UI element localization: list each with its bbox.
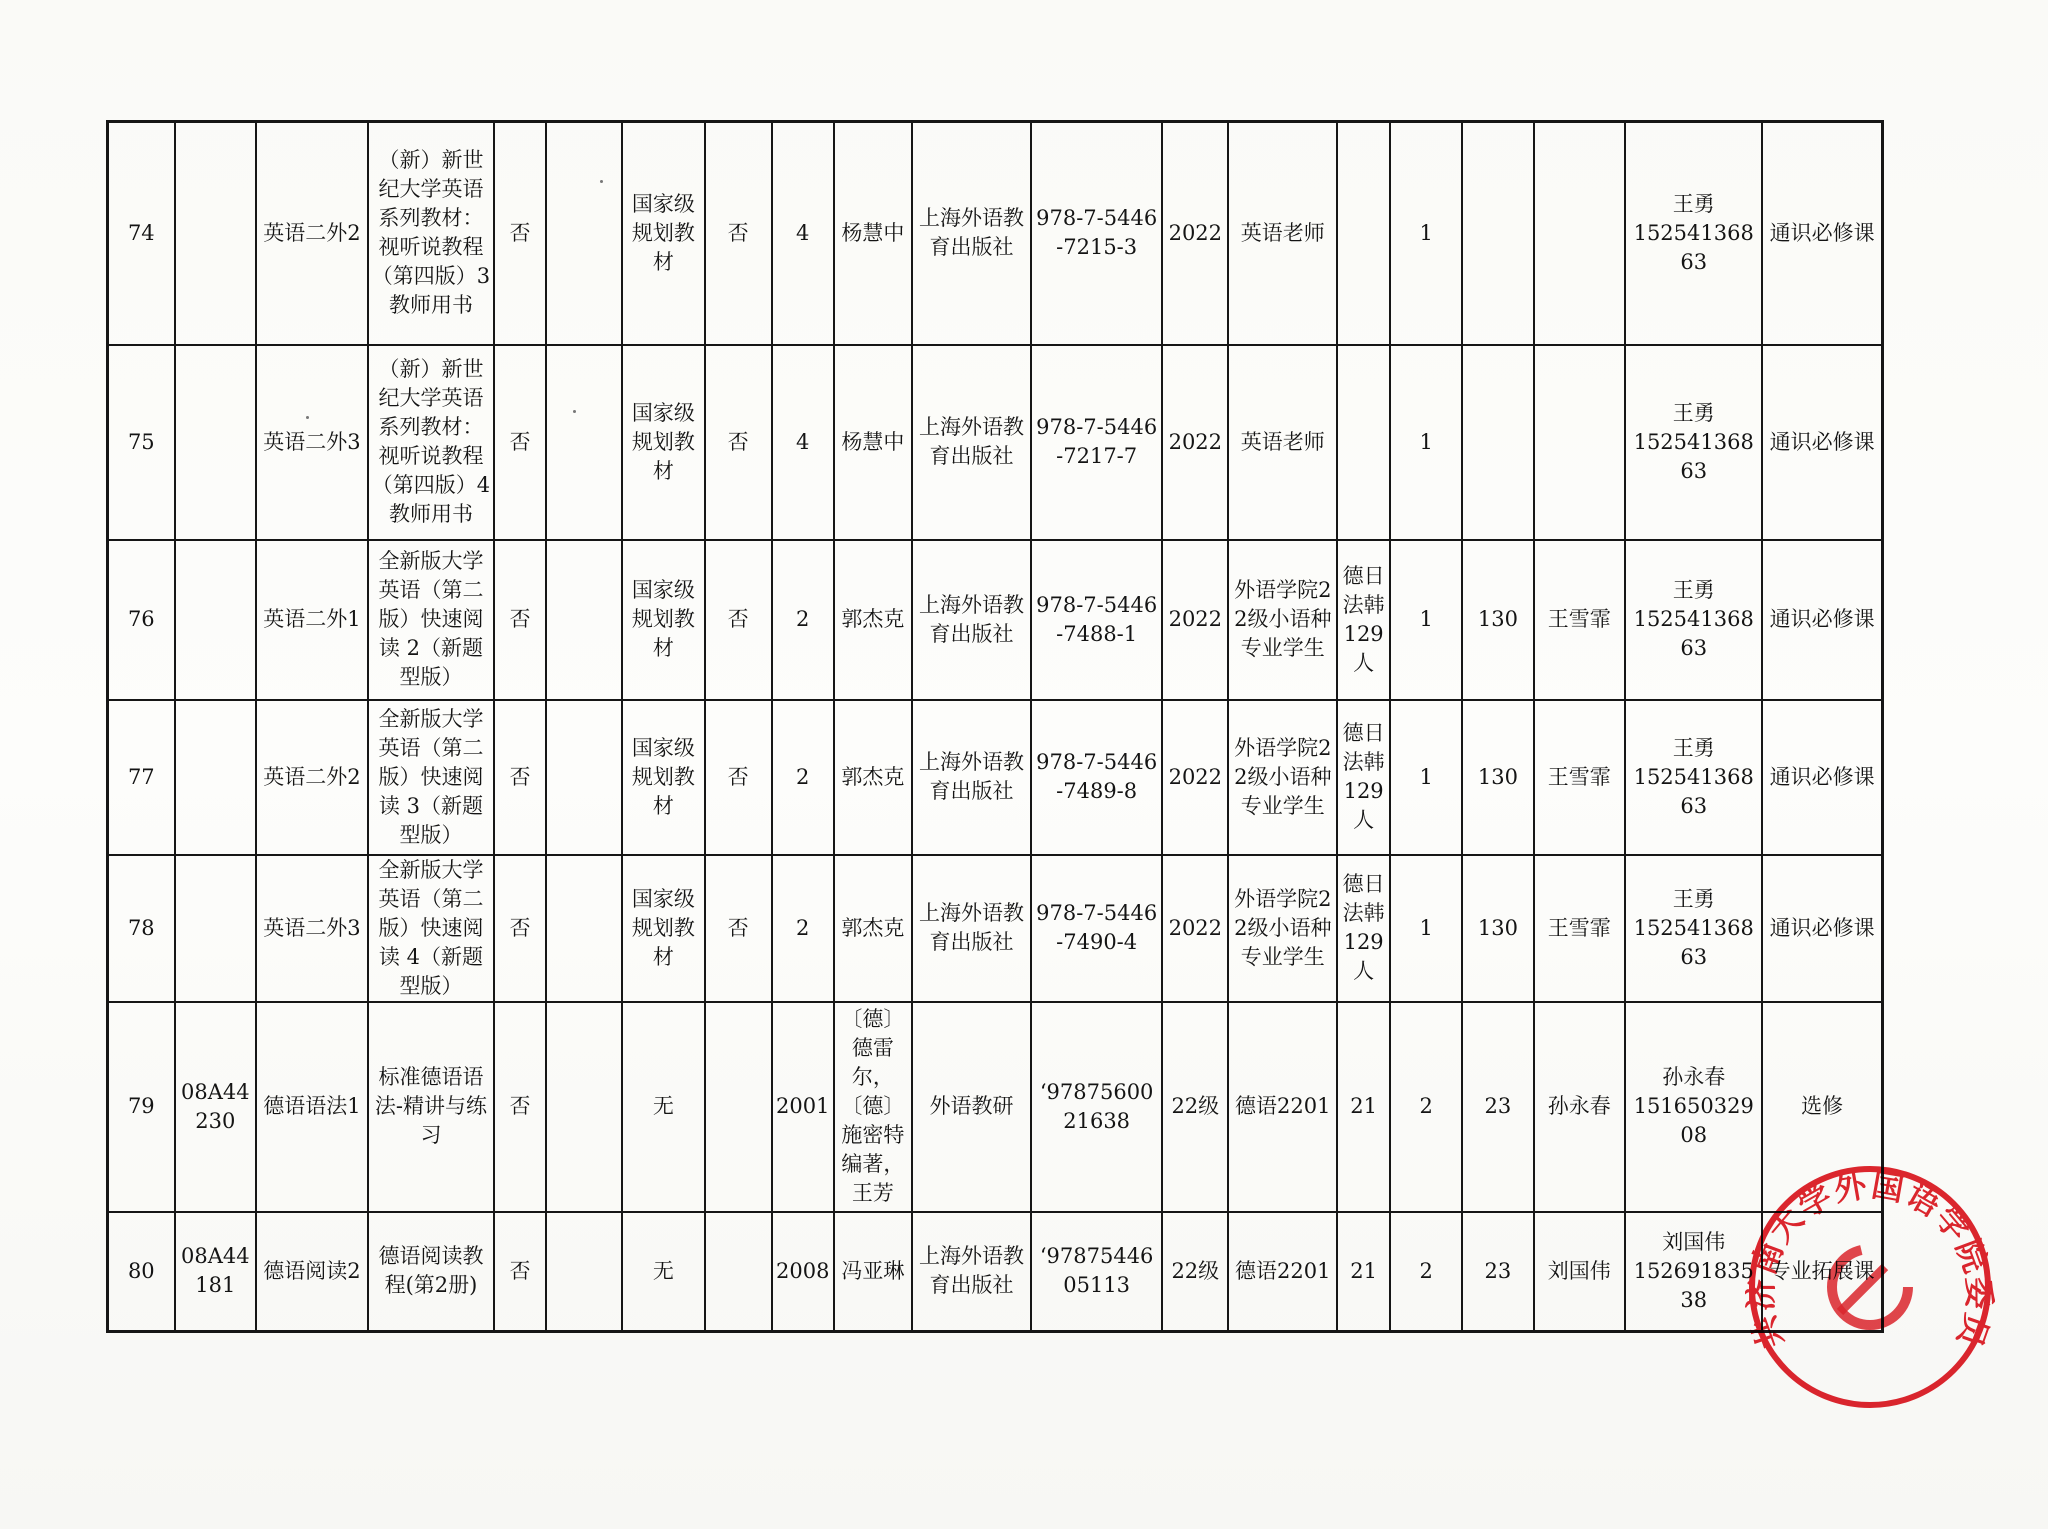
row-number-cell: 79 xyxy=(108,1002,175,1212)
contact-cell: 王勇 15254136863 xyxy=(1625,122,1762,345)
edition-cell: 2001 xyxy=(772,1002,834,1212)
course-name-cell: 德语语法1 xyxy=(256,1002,368,1212)
course-type-cell: 选修 xyxy=(1762,1002,1882,1212)
teacher-cell xyxy=(1534,345,1626,540)
textbook-level-cell: 无 xyxy=(622,1212,704,1332)
yes-no-cell: 否 xyxy=(705,700,772,855)
target-students-cell: 德语2201 xyxy=(1228,1212,1337,1332)
yes-no-cell: 否 xyxy=(494,1212,546,1332)
order-total-cell: 130 xyxy=(1462,540,1533,700)
textbook-title-cell: （新）新世纪大学英语系列教材：视听说教程（第四版）4 教师用书 xyxy=(368,345,494,540)
isbn-cell: ‘9787544605113 xyxy=(1031,1212,1162,1332)
textbook-level-cell: 国家级规划教材 xyxy=(622,700,704,855)
scan-speck xyxy=(573,410,576,413)
target-students-cell: 德语2201 xyxy=(1228,1002,1337,1212)
yes-no-cell: 否 xyxy=(494,345,546,540)
target-students-cell: 外语学院22级小语种专业学生 xyxy=(1228,700,1337,855)
row-number-cell: 80 xyxy=(108,1212,175,1332)
contact-cell: 王勇 15254136863 xyxy=(1625,855,1762,1002)
student-count-cell: 德日法韩129人 xyxy=(1337,540,1390,700)
row-number-cell: 74 xyxy=(108,122,175,345)
empty-cell xyxy=(546,540,622,700)
course-type-cell: 通识必修课 xyxy=(1762,345,1882,540)
yes-no-cell xyxy=(705,1212,772,1332)
isbn-cell: 978-7-5446-7217-7 xyxy=(1031,345,1162,540)
quantity-cell: 1 xyxy=(1390,122,1462,345)
scan-speck xyxy=(600,180,603,183)
edition-cell: 2008 xyxy=(772,1212,834,1332)
author-cell: 杨慧中 xyxy=(834,345,912,540)
publisher-cell: 上海外语教育出版社 xyxy=(912,855,1031,1002)
textbook-level-cell: 国家级规划教材 xyxy=(622,345,704,540)
empty-cell xyxy=(546,700,622,855)
textbook-title-cell: 德语阅读教程(第2册) xyxy=(368,1212,494,1332)
quantity-cell: 1 xyxy=(1390,855,1462,1002)
publisher-cell: 外语教研 xyxy=(912,1002,1031,1212)
teacher-cell: 刘国伟 xyxy=(1534,1212,1626,1332)
author-cell: 郭杰克 xyxy=(834,855,912,1002)
textbook-level-cell: 国家级规划教材 xyxy=(622,855,704,1002)
teacher-cell xyxy=(1534,122,1626,345)
year-cell: 2022 xyxy=(1162,540,1228,700)
year-cell: 2022 xyxy=(1162,855,1228,1002)
author-cell: 杨慧中 xyxy=(834,122,912,345)
textbook-title-cell: 全新版大学英语（第二版）快速阅读 2（新题型版） xyxy=(368,540,494,700)
student-count-cell: 德日法韩129人 xyxy=(1337,855,1390,1002)
yes-no-cell: 否 xyxy=(705,855,772,1002)
yes-no-cell: 否 xyxy=(494,700,546,855)
course-code-cell: 08A44181 xyxy=(175,1212,256,1332)
course-name-cell: 英语二外1 xyxy=(256,540,368,700)
contact-cell: 孙永春 15165032908 xyxy=(1625,1002,1762,1212)
publisher-cell: 上海外语教育出版社 xyxy=(912,700,1031,855)
empty-cell xyxy=(546,345,622,540)
student-count-cell: 21 xyxy=(1337,1212,1390,1332)
row-number-cell: 76 xyxy=(108,540,175,700)
year-cell: 2022 xyxy=(1162,345,1228,540)
student-count-cell: 德日法韩129人 xyxy=(1337,700,1390,855)
contact-cell: 刘国伟 15269183538 xyxy=(1625,1212,1762,1332)
textbook-title-cell: 全新版大学英语（第二版）快速阅读 4（新题型版） xyxy=(368,855,494,1002)
publisher-cell: 上海外语教育出版社 xyxy=(912,540,1031,700)
year-cell: 2022 xyxy=(1162,700,1228,855)
yes-no-cell xyxy=(705,1002,772,1212)
textbook-level-cell: 国家级规划教材 xyxy=(622,540,704,700)
course-name-cell: 英语二外2 xyxy=(256,122,368,345)
table-row: 7908A44230德语语法1标准德语语法-精讲与练习否无2001〔德〕德雷尔，… xyxy=(108,1002,1883,1212)
year-cell: 2022 xyxy=(1162,122,1228,345)
table-row: 8008A44181德语阅读2德语阅读教程(第2册)否无2008冯亚琳上海外语教… xyxy=(108,1212,1883,1332)
author-cell: 冯亚琳 xyxy=(834,1212,912,1332)
yes-no-cell: 否 xyxy=(705,540,772,700)
yes-no-cell: 否 xyxy=(494,1002,546,1212)
course-code-cell xyxy=(175,540,256,700)
order-total-cell: 23 xyxy=(1462,1212,1533,1332)
year-cell: 22级 xyxy=(1162,1002,1228,1212)
row-number-cell: 77 xyxy=(108,700,175,855)
course-type-cell: 通识必修课 xyxy=(1762,855,1882,1002)
isbn-cell: 978-7-5446-7490-4 xyxy=(1031,855,1162,1002)
quantity-cell: 2 xyxy=(1390,1002,1462,1212)
course-type-cell: 通识必修课 xyxy=(1762,700,1882,855)
edition-cell: 4 xyxy=(772,345,834,540)
target-students-cell: 英语老师 xyxy=(1228,122,1337,345)
student-count-cell: 21 xyxy=(1337,1002,1390,1212)
author-cell: 〔德〕德雷尔，〔德〕施密特编著，王芳 xyxy=(834,1002,912,1212)
table-row: 76英语二外1全新版大学英语（第二版）快速阅读 2（新题型版）否国家级规划教材否… xyxy=(108,540,1883,700)
textbook-title-cell: 标准德语语法-精讲与练习 xyxy=(368,1002,494,1212)
contact-cell: 王勇 15254136863 xyxy=(1625,345,1762,540)
edition-cell: 2 xyxy=(772,855,834,1002)
course-name-cell: 英语二外3 xyxy=(256,855,368,1002)
course-code-cell xyxy=(175,700,256,855)
course-code-cell xyxy=(175,122,256,345)
contact-cell: 王勇 15254136863 xyxy=(1625,700,1762,855)
textbook-table: 74英语二外2（新）新世纪大学英语系列教材：视听说教程（第四版）3 教师用书否国… xyxy=(106,120,1884,1333)
contact-cell: 王勇 15254136863 xyxy=(1625,540,1762,700)
course-name-cell: 英语二外2 xyxy=(256,700,368,855)
quantity-cell: 1 xyxy=(1390,345,1462,540)
table-row: 77英语二外2全新版大学英语（第二版）快速阅读 3（新题型版）否国家级规划教材否… xyxy=(108,700,1883,855)
order-total-cell: 130 xyxy=(1462,700,1533,855)
textbook-title-cell: （新）新世纪大学英语系列教材：视听说教程（第四版）3 教师用书 xyxy=(368,122,494,345)
row-number-cell: 75 xyxy=(108,345,175,540)
isbn-cell: 978-7-5446-7215-3 xyxy=(1031,122,1162,345)
empty-cell xyxy=(546,855,622,1002)
quantity-cell: 1 xyxy=(1390,540,1462,700)
isbn-cell: 978-7-5446-7488-1 xyxy=(1031,540,1162,700)
teacher-cell: 王雪霏 xyxy=(1534,540,1626,700)
publisher-cell: 上海外语教育出版社 xyxy=(912,122,1031,345)
author-cell: 郭杰克 xyxy=(834,700,912,855)
edition-cell: 2 xyxy=(772,700,834,855)
year-cell: 22级 xyxy=(1162,1212,1228,1332)
row-number-cell: 78 xyxy=(108,855,175,1002)
empty-cell xyxy=(546,1002,622,1212)
student-count-cell xyxy=(1337,122,1390,345)
isbn-cell: ‘9787560021638 xyxy=(1031,1002,1162,1212)
course-type-cell: 通识必修课 xyxy=(1762,122,1882,345)
order-total-cell: 130 xyxy=(1462,855,1533,1002)
course-type-cell: 专业拓展课 xyxy=(1762,1212,1882,1332)
yes-no-cell: 否 xyxy=(494,122,546,345)
table-row: 78英语二外3全新版大学英语（第二版）快速阅读 4（新题型版）否国家级规划教材否… xyxy=(108,855,1883,1002)
order-total-cell: 23 xyxy=(1462,1002,1533,1212)
teacher-cell: 王雪霏 xyxy=(1534,700,1626,855)
course-code-cell xyxy=(175,345,256,540)
scan-speck xyxy=(306,416,309,419)
student-count-cell xyxy=(1337,345,1390,540)
target-students-cell: 外语学院22级小语种专业学生 xyxy=(1228,540,1337,700)
course-code-cell: 08A44230 xyxy=(175,1002,256,1212)
course-type-cell: 通识必修课 xyxy=(1762,540,1882,700)
textbook-title-cell: 全新版大学英语（第二版）快速阅读 3（新题型版） xyxy=(368,700,494,855)
empty-cell xyxy=(546,1212,622,1332)
target-students-cell: 英语老师 xyxy=(1228,345,1337,540)
empty-cell xyxy=(546,122,622,345)
target-students-cell: 外语学院22级小语种专业学生 xyxy=(1228,855,1337,1002)
quantity-cell: 2 xyxy=(1390,1212,1462,1332)
course-name-cell: 德语阅读2 xyxy=(256,1212,368,1332)
course-name-cell: 英语二外3 xyxy=(256,345,368,540)
author-cell: 郭杰克 xyxy=(834,540,912,700)
yes-no-cell: 否 xyxy=(494,855,546,1002)
teacher-cell: 王雪霏 xyxy=(1534,855,1626,1002)
textbook-level-cell: 无 xyxy=(622,1002,704,1212)
order-total-cell xyxy=(1462,345,1533,540)
yes-no-cell: 否 xyxy=(494,540,546,700)
isbn-cell: 978-7-5446-7489-8 xyxy=(1031,700,1162,855)
textbook-level-cell: 国家级规划教材 xyxy=(622,122,704,345)
edition-cell: 2 xyxy=(772,540,834,700)
publisher-cell: 上海外语教育出版社 xyxy=(912,345,1031,540)
teacher-cell: 孙永春 xyxy=(1534,1002,1626,1212)
edition-cell: 4 xyxy=(772,122,834,345)
quantity-cell: 1 xyxy=(1390,700,1462,855)
publisher-cell: 上海外语教育出版社 xyxy=(912,1212,1031,1332)
table-row: 74英语二外2（新）新世纪大学英语系列教材：视听说教程（第四版）3 教师用书否国… xyxy=(108,122,1883,345)
course-code-cell xyxy=(175,855,256,1002)
table-row: 75英语二外3（新）新世纪大学英语系列教材：视听说教程（第四版）4 教师用书否国… xyxy=(108,345,1883,540)
yes-no-cell: 否 xyxy=(705,345,772,540)
yes-no-cell: 否 xyxy=(705,122,772,345)
order-total-cell xyxy=(1462,122,1533,345)
